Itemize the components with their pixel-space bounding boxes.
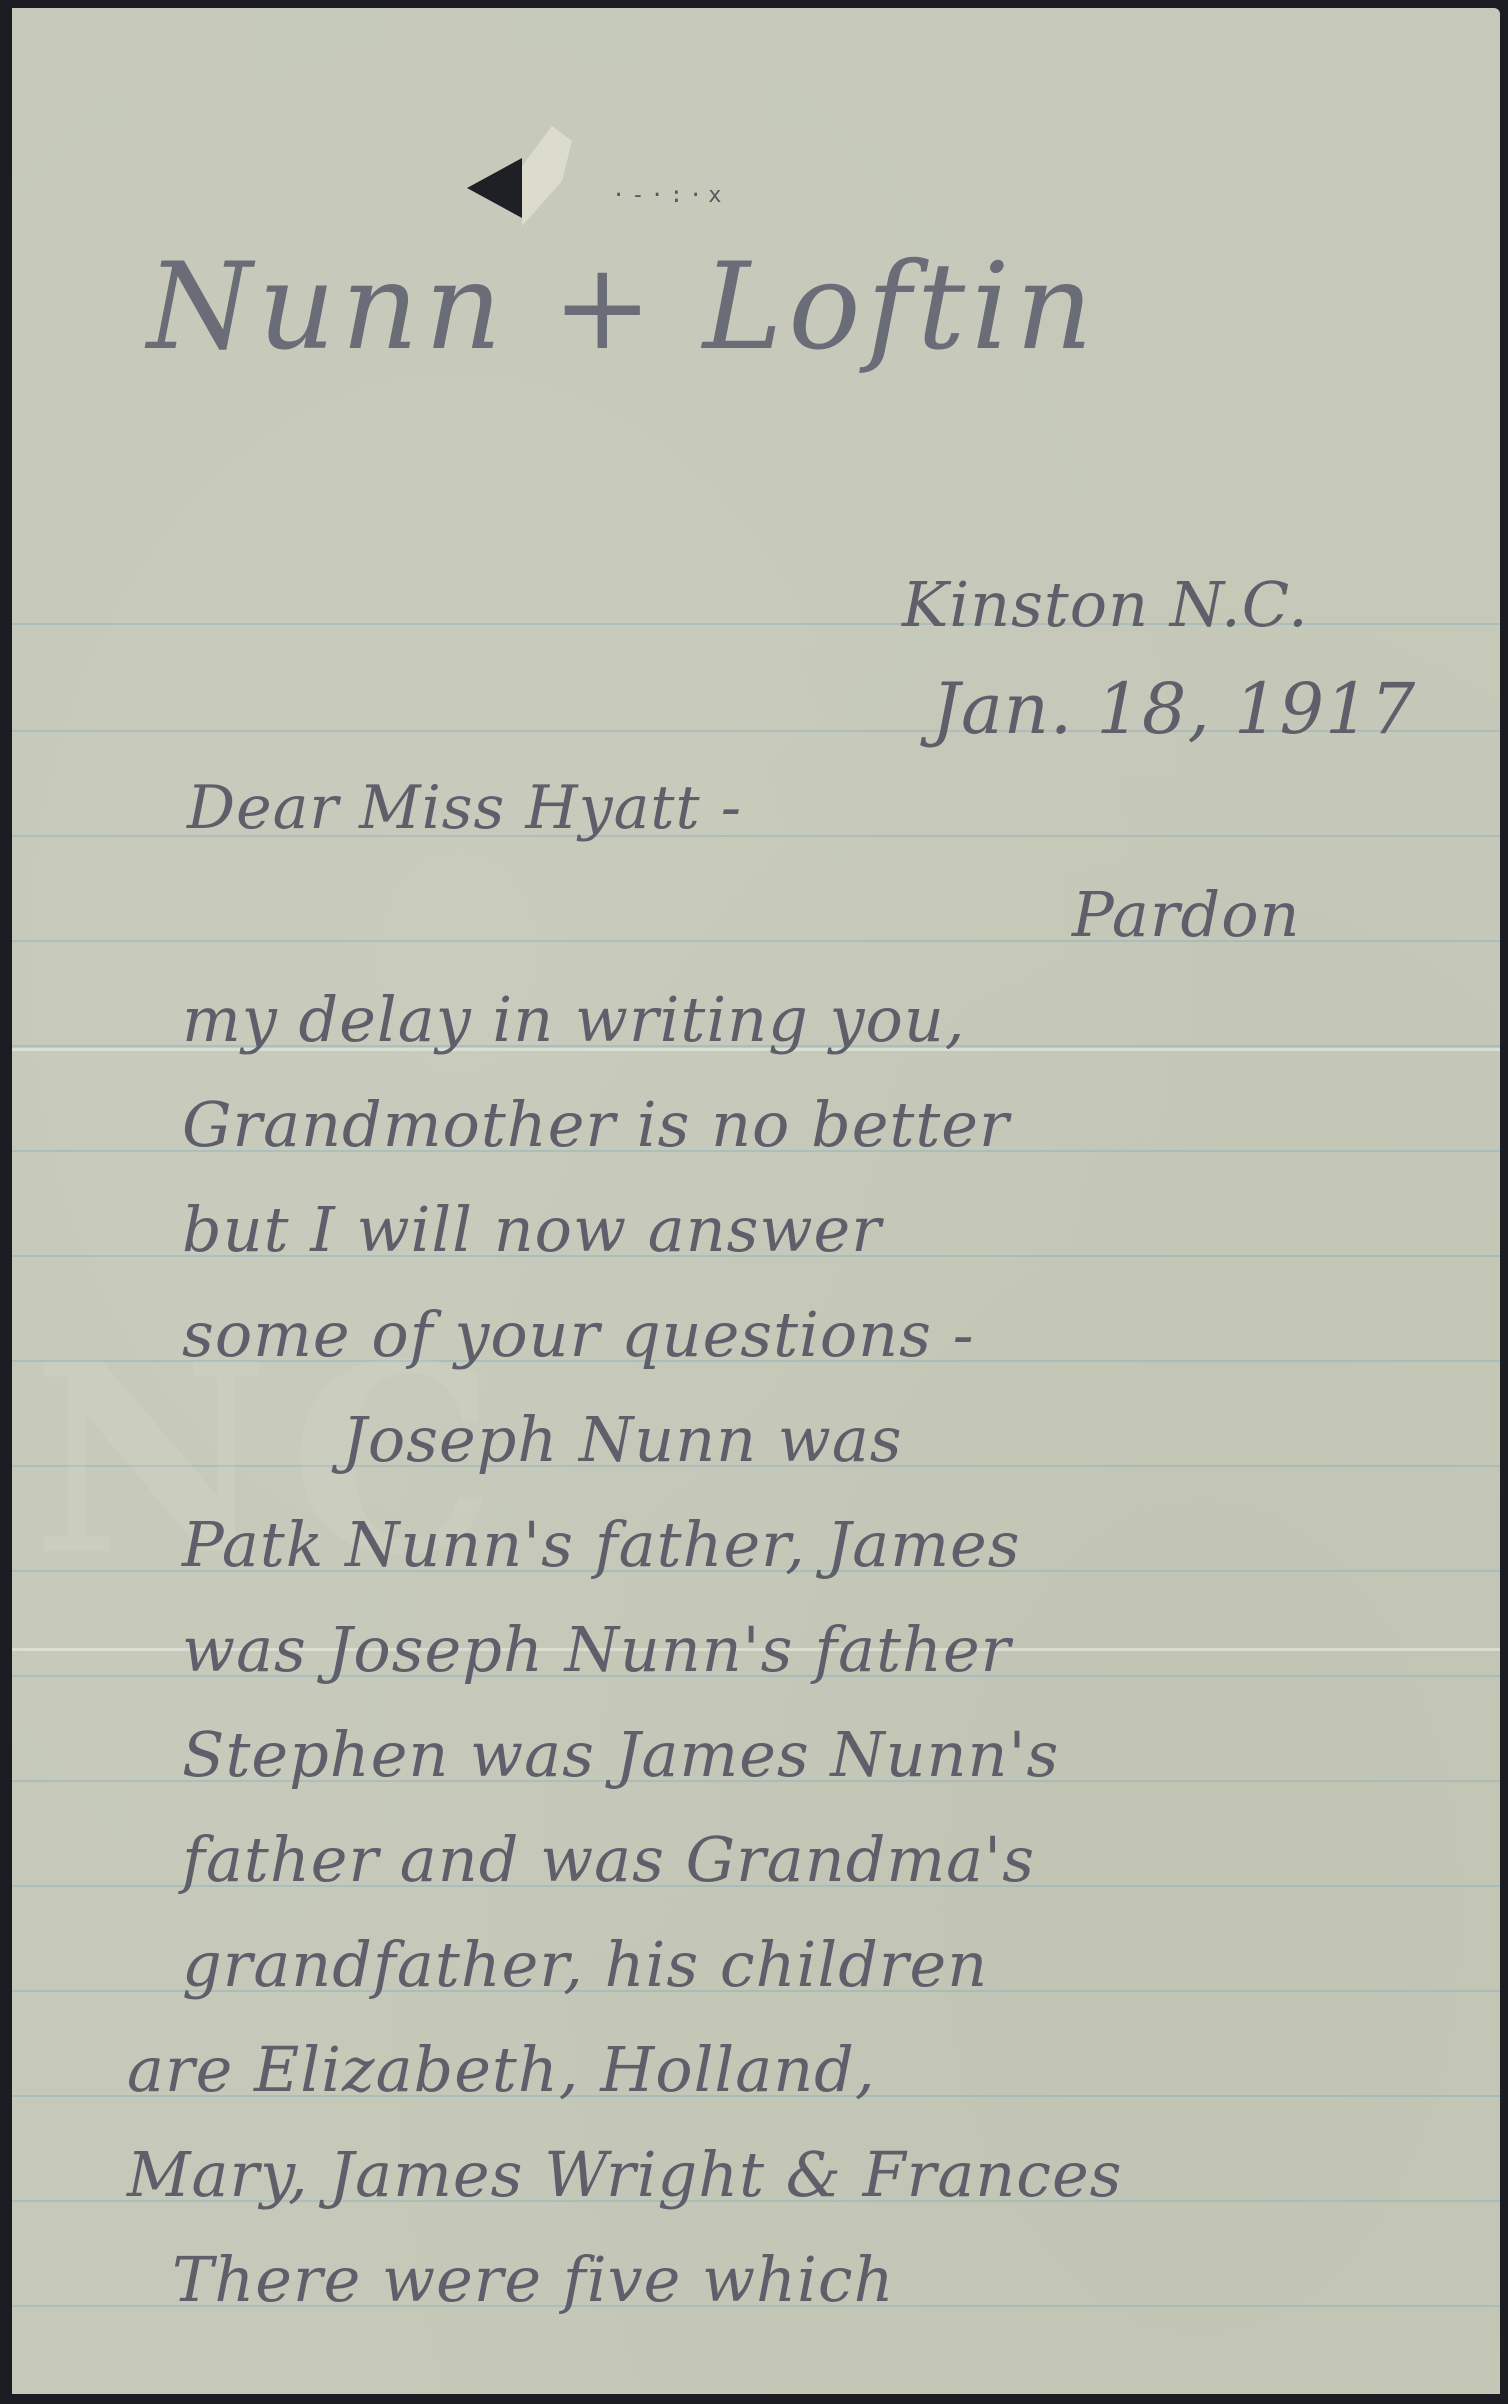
body-line: but I will now answer bbox=[182, 1193, 882, 1266]
body-line: Grandmother is no better bbox=[182, 1088, 1010, 1161]
body-line: Mary, James Wright & Frances bbox=[127, 2138, 1122, 2211]
body-line: Patk Nunn's father, James bbox=[182, 1508, 1021, 1581]
body-line: Joseph Nunn was bbox=[342, 1403, 903, 1476]
body-line: my delay in writing you, bbox=[182, 983, 966, 1056]
body-line: Stephen was James Nunn's bbox=[182, 1718, 1059, 1791]
stitch-marks: ·-·:·x bbox=[612, 183, 727, 208]
body-line: some of your questions - bbox=[182, 1298, 975, 1371]
body-line: was Joseph Nunn's father bbox=[182, 1613, 1011, 1686]
salutation: Dear Miss Hyatt - bbox=[187, 773, 742, 843]
body-line: There were five which bbox=[172, 2243, 895, 2316]
letter-date: Jan. 18, 1917 bbox=[932, 668, 1416, 750]
torn-paper-flap bbox=[522, 126, 572, 226]
header-note: Nunn + Loftin bbox=[147, 238, 1099, 377]
scanned-letter: NC ·-·:·x Nunn + Loftin Kinston N.C. Jan… bbox=[0, 0, 1508, 2404]
torn-punch-hole-icon bbox=[467, 158, 522, 218]
letter-place: Kinston N.C. bbox=[902, 568, 1309, 641]
body-line: father and was Grandma's bbox=[182, 1823, 1035, 1896]
letter-paper: NC ·-·:·x Nunn + Loftin Kinston N.C. Jan… bbox=[12, 8, 1500, 2394]
body-line: grandfather, his children bbox=[182, 1928, 988, 2001]
body-line: are Elizabeth, Holland, bbox=[127, 2033, 876, 2106]
body-line: Pardon bbox=[1072, 878, 1300, 951]
